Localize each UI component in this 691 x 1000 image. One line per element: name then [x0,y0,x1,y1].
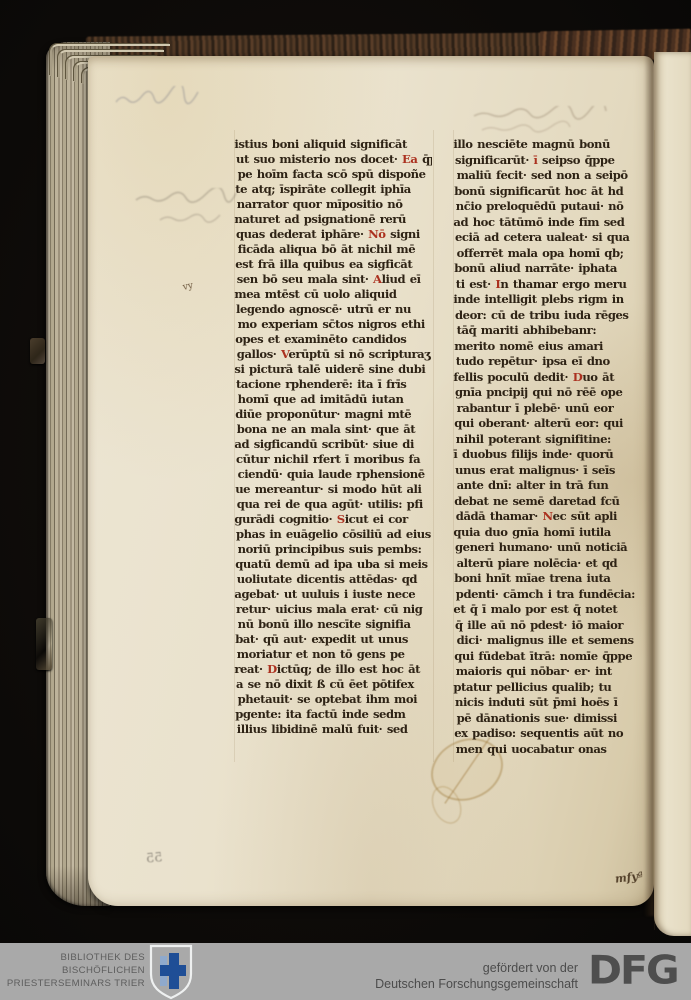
manuscript-line: pdenti· cāmch i tra fundēcia: [456,587,654,603]
binding-clasp-upper [30,338,45,364]
manuscript-line: men qui uocabatur onas [456,742,654,758]
manuscript-line: inde intelligit plebs rigm in [453,292,651,308]
manuscript-line: ficāda aliqua bō āt nichil mē [238,242,434,257]
manuscript-line: naturet ad psignationē rerū [234,212,430,227]
manuscript-line: nū bonū illo nescīte signifia [238,617,434,632]
manuscript-line: maioris qui nōbar· er· int [456,664,654,680]
manuscript-line: qui oberant· alterū eor: qui [454,416,652,432]
manuscript-line: uoliutate dicentis attēdas· qd [237,572,433,587]
manuscript-line: ex padiso: sequentis aūt no [454,726,652,742]
margin-annotation: vy [182,281,194,293]
manuscript-line: noriū principibus suis pembs: [238,542,434,557]
manuscript-line: deor: cū de tribu iuda rēges [455,308,653,324]
rubric-initial: A [373,272,382,286]
manuscript-line: opes et examinēto candidos [235,332,431,347]
manuscript-line: sen bō seu mala sint· Aliud eī [237,272,433,287]
column-ruling-line [433,130,434,762]
manuscript-line: ad hoc tātūmō inde fīm sed [453,215,651,231]
manuscript-line: tāq̄ mariti abhibebanr: [457,323,655,339]
manuscript-left-column: istius boni aliquid significātut suo mis… [236,137,432,737]
dfg-logo: DFG [588,948,688,992]
manuscript-line: ante dnī: alter in trā fun [457,478,655,494]
manuscript-line: illo nesciēte magnū bonū [453,137,651,153]
manuscript-line: significarūt· ī seipso q̄ppe [455,153,653,169]
manuscript-line: unus erat malignus· ī seīs [455,463,653,479]
manuscript-line: reat· Dictūq; de illo est hoc āt [234,662,430,677]
funding-credit-line1: gefördert von der [300,960,578,976]
library-name-line3: PRIESTERSEMINARS TRIER [0,977,145,990]
show-through-smudge [468,106,628,136]
library-shield-logo-icon [147,944,195,1000]
manuscript-line: pe hoīm facta scō spū dispoñe [238,167,434,182]
library-name-line2: BISCHÖFLICHEN [0,964,145,977]
manuscript-line: pē dānationis sue· dimissi [457,711,655,727]
manuscript-line: legendo agnoscē· utrū er nu [236,302,432,317]
manuscript-line: bonū aliud narrāte· iphata [454,261,652,277]
manuscript-line: gurādi cognitio· Sicut ei cor [234,512,430,527]
manuscript-line: dādā thamar· Nec sūt apli [456,509,654,525]
manuscript-line: a se nō dixit ß cū ēet pōtifex [236,677,432,692]
ink-offset-smudge [130,188,240,234]
manuscript-line: rabantur ī plebē· unū eor [457,401,655,417]
manuscript-line: et q̄ ī malo por est q̄ notet [453,602,651,618]
manuscript-line: mea mtēst cū uolo aliquid [234,287,430,302]
manuscript-line: quatū demū ad ipa uba si meis [235,557,431,572]
manuscript-line: nihil poterant signifitine: [456,432,654,448]
manuscript-line: cūtur nichil rfert ī moribus fa [236,452,432,467]
rubric-initial: V [281,347,288,361]
manuscript-line: homī que ad imitādū iutan [238,392,434,407]
manuscript-line: alterū piare nolēcia· et qd [457,556,655,572]
manuscript-line: fellis poculū dedit· Duo āt [453,370,651,386]
manuscript-line: merito nomē eius amari [454,339,652,355]
manuscript-line: dici· malignus ille et semens [457,633,655,649]
rubric-initial: Nō [368,227,385,241]
manuscript-right-column: illo nesciēte magnū bonūsignificarūt· ī … [455,137,653,757]
manuscript-line: istius boni aliquid significāt [234,137,430,152]
manuscript-line: maliū fecit· sed non a seipō [457,168,655,184]
manuscript-line: bona ne an mala sint· que āt [237,422,433,437]
manuscript-line: moriatur et non tō gens pe [237,647,433,662]
manuscript-line: q̄ ille aū nō pdest· iō maior [455,618,653,634]
manuscript-line: generi humano· unū noticiā [455,540,653,556]
manuscript-line: te atq; īspirāte collegit iphīa [235,182,431,197]
binding-clasp-lower [36,618,52,670]
digitized-manuscript-photo: istius boni aliquid significātut suo mis… [0,0,691,1000]
manuscript-line: quia duo gnīa homī iutila [453,525,651,541]
rubric-initial: N [542,509,552,523]
manuscript-line: boni hnīt mīae trena iuta [454,571,652,587]
manuscript-line: bat· qū aut· expedit ut unus [235,632,431,647]
folio-number-pencil: 55 [145,850,163,866]
manuscript-line: eciā ad cetera ualeat· si qua [455,230,653,246]
facing-page-sliver [654,52,691,936]
manuscript-line: diūe proponūtur· magni mtē [235,407,431,422]
manuscript-line: phas in euāgelio cōsiliū ad eius [236,527,432,542]
pencil-note-smudge [108,86,208,112]
manuscript-line: debat ne semē daretad fcū [454,494,652,510]
manuscript-line: est frā illa quibus ea sigficāt [235,257,431,272]
manuscript-line: ptatur pellicius qualib; tu [453,680,651,696]
footer-banner: BIBLIOTHEK DES BISCHÖFLICHEN PRIESTERSEM… [0,943,691,1000]
funding-credit-line2: Deutschen Forschungsgemeinschaft [300,976,578,992]
manuscript-line: agebat· ut uuluis i iuste nece [234,587,430,602]
manuscript-line: quas dederat iphāre· Nō signi [236,227,432,242]
manuscript-line: phetauit· se optebat ihm moi [238,692,434,707]
manuscript-line: illius libidinē malū fuit· sed [237,722,433,737]
manuscript-line: tacione rphenderē: ita ī frīs [236,377,432,392]
rubric-initial: Ea [402,152,417,166]
manuscript-line: offerrēt mala opa homī qb; [457,246,655,262]
manuscript-line: ad sigficandū scribūt· siue di [234,437,430,452]
rubric-initial: D [267,662,277,676]
manuscript-line: mo experiam sc̄tos nigros ethi [238,317,434,332]
manuscript-line: ue mereantur· si modo hūt ali [235,482,431,497]
manuscript-line: gallos· Verūptū si nō scripturaʒ [237,347,433,362]
manuscript-line: narrator quor mīpositio nō [237,197,433,212]
manuscript-line: tudo repētur· ipsa eī dno [456,354,654,370]
manuscript-line: ut suo misterio nos docet· Ea q̄p [236,152,432,167]
manuscript-line: gnīa pncipij qui nō rēē ope [455,385,653,401]
manuscript-line: nc̄io preloquēdū putaui· nō [456,199,654,215]
funding-credit: gefördert von der Deutschen Forschungsge… [300,960,578,992]
manuscript-line: ti est· In thamar ergo meru [456,277,654,293]
manuscript-line: si picturā talē uiderē sine dubi [234,362,430,377]
manuscript-line: ciendū· quia laude rphensionē [238,467,434,482]
manuscript-line: pgente: ita factū inde sedm [235,707,431,722]
manuscript-line: bonū significarūt hoc āt hd [454,184,652,200]
library-name-line1: BIBLIOTHEK DES [0,951,145,964]
manuscript-line: ī duobus filijs inde· quorū [453,447,651,463]
manuscript-line: retur· uicius mala erat· cū nig [236,602,432,617]
manuscript-line: nicis induti sūt p̄mi hoēs ī [455,695,653,711]
manuscript-line: qua rei de qua agūt· utilis: pfi [237,497,433,512]
rubric-initial: D [573,370,583,384]
manuscript-line: qui fūdebat ītrā: nomīe q̄ppe [454,649,652,665]
library-name: BIBLIOTHEK DES BISCHÖFLICHEN PRIESTERSEM… [0,951,145,990]
